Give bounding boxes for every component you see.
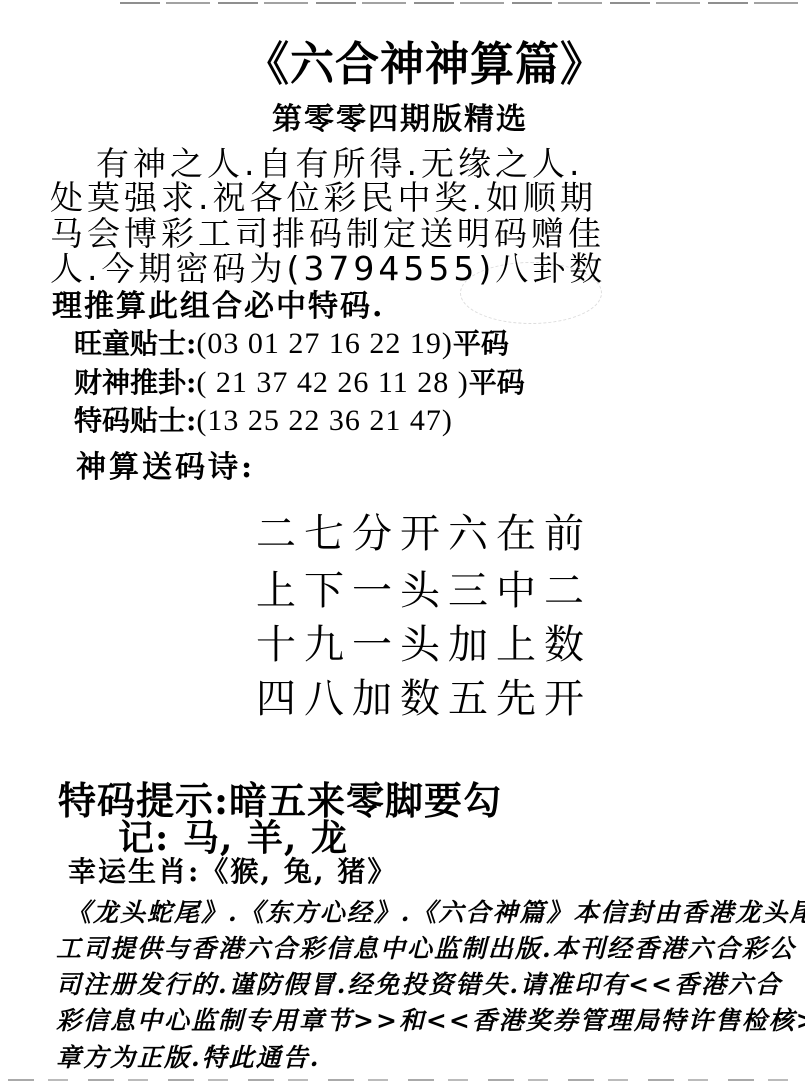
tip-label: 旺童贴士: <box>74 327 196 360</box>
tip-numbers: ( 21 37 42 26 11 28 ) <box>196 366 468 399</box>
footer-line: 工司提供与香港六合彩信息中心监制出版.本刊经香港六合彩公 <box>56 929 796 965</box>
tip-row: 特码贴士:(13 25 22 36 21 47) <box>74 399 453 439</box>
footer-line: 章方为正版.特此通告. <box>56 1038 320 1074</box>
issue-subtitle: 第零零四期版精选 <box>272 94 528 138</box>
tip-suffix: 平码 <box>453 327 509 360</box>
footer-line: 彩信息中心监制专用章节>>和<<香港奖券管理局特许售检核>>的 <box>56 1001 805 1037</box>
poem-line: 上下一头三中二 <box>256 559 592 616</box>
tip-row: 旺童贴士:(03 01 27 16 22 19)平码 <box>74 322 509 362</box>
scan-artifact-bottom <box>8 1079 798 1081</box>
footer-line: 《龙头蛇尾》.《东方心经》.《六合神篇》本信封由香港龙头尾 <box>66 893 805 929</box>
poem-line: 四八加数五先开 <box>256 667 592 724</box>
footer-line: 司注册发行的.谨防假冒.经免投资错失.请准印有<<香港六合 <box>56 965 782 1001</box>
scan-artifact-top <box>120 2 800 4</box>
tip-row: 财神推卦:( 21 37 42 26 11 28 )平码 <box>74 361 525 401</box>
tip-label: 财神推卦: <box>74 366 196 399</box>
poem-line: 十九一头加上数 <box>256 613 592 670</box>
page-title: 《六合神神算篇》 <box>245 26 605 93</box>
lucky-zodiacs: 幸运生肖:《猴, 兔, 猪》 <box>68 850 397 890</box>
tip-label: 特码贴士: <box>74 404 196 437</box>
tip-suffix: 平码 <box>469 366 525 399</box>
tip-numbers: (13 25 22 36 21 47) <box>196 404 452 437</box>
tip-numbers: (03 01 27 16 22 19) <box>196 327 452 360</box>
poem-label: 神算送码诗: <box>76 442 255 486</box>
lead-statement: 理推算此组合必中特码. <box>52 281 384 325</box>
poem-line: 二七分开六在前 <box>256 502 592 559</box>
